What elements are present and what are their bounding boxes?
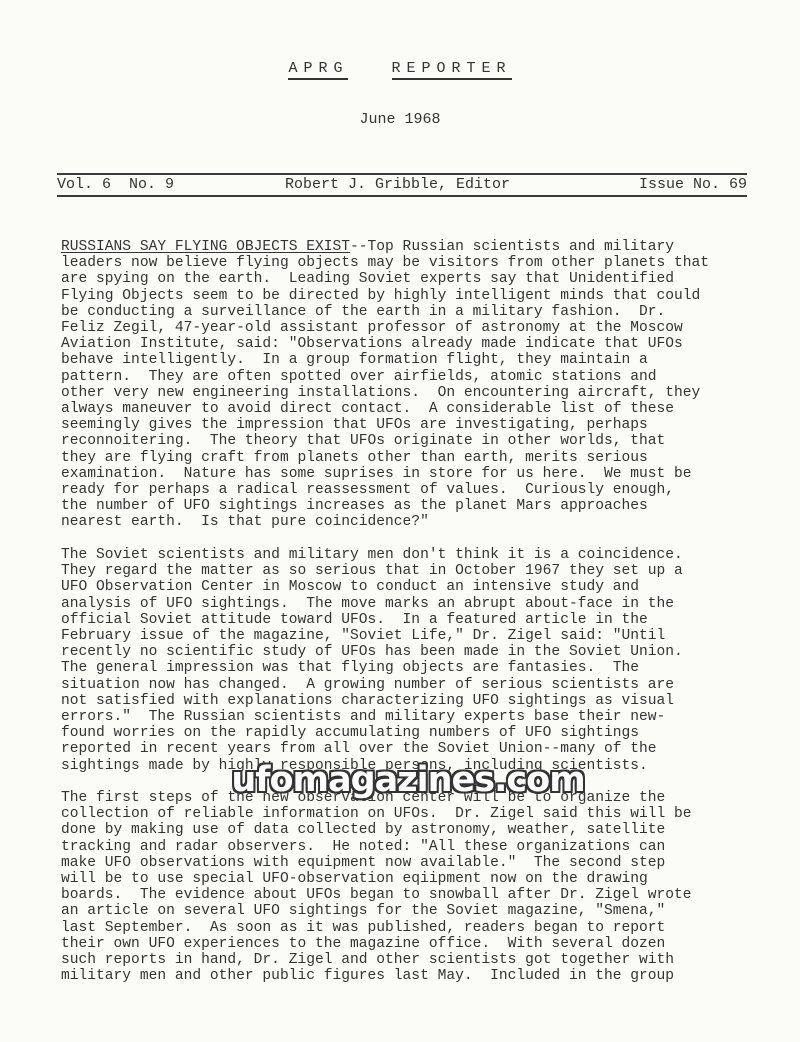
issue-number: Issue No. 69: [639, 175, 747, 195]
article-paragraph-2: The Soviet scientists and military men d…: [61, 547, 781, 774]
masthead-word-aprg: APRG: [288, 60, 348, 80]
volume-number: Vol. 6 No. 9: [57, 175, 174, 195]
editor-name: Robert J. Gribble, Editor: [285, 175, 510, 195]
issue-date: June 1968: [0, 111, 800, 128]
paragraph-1-text: --Top Russian scientists and military le…: [61, 239, 709, 530]
masthead: APRG REPORTER: [0, 60, 800, 80]
paragraph-2-text: The Soviet scientists and military men d…: [61, 547, 683, 774]
newsletter-page: APRG REPORTER June 1968 Vol. 6 No. 9 Rob…: [0, 0, 800, 1042]
article-paragraph-3: The first steps of the new observation c…: [61, 790, 781, 984]
paragraph-3-text: The first steps of the new observation c…: [61, 790, 692, 984]
issue-info-bar: Vol. 6 No. 9 Robert J. Gribble, Editor I…: [57, 173, 747, 197]
masthead-word-reporter: REPORTER: [392, 60, 512, 80]
article-headline: RUSSIANS SAY FLYING OBJECTS EXIST: [61, 239, 350, 255]
article-paragraph-1: RUSSIANS SAY FLYING OBJECTS EXIST--Top R…: [61, 239, 781, 531]
watermark-logo: ufomagazines.com: [228, 760, 588, 800]
